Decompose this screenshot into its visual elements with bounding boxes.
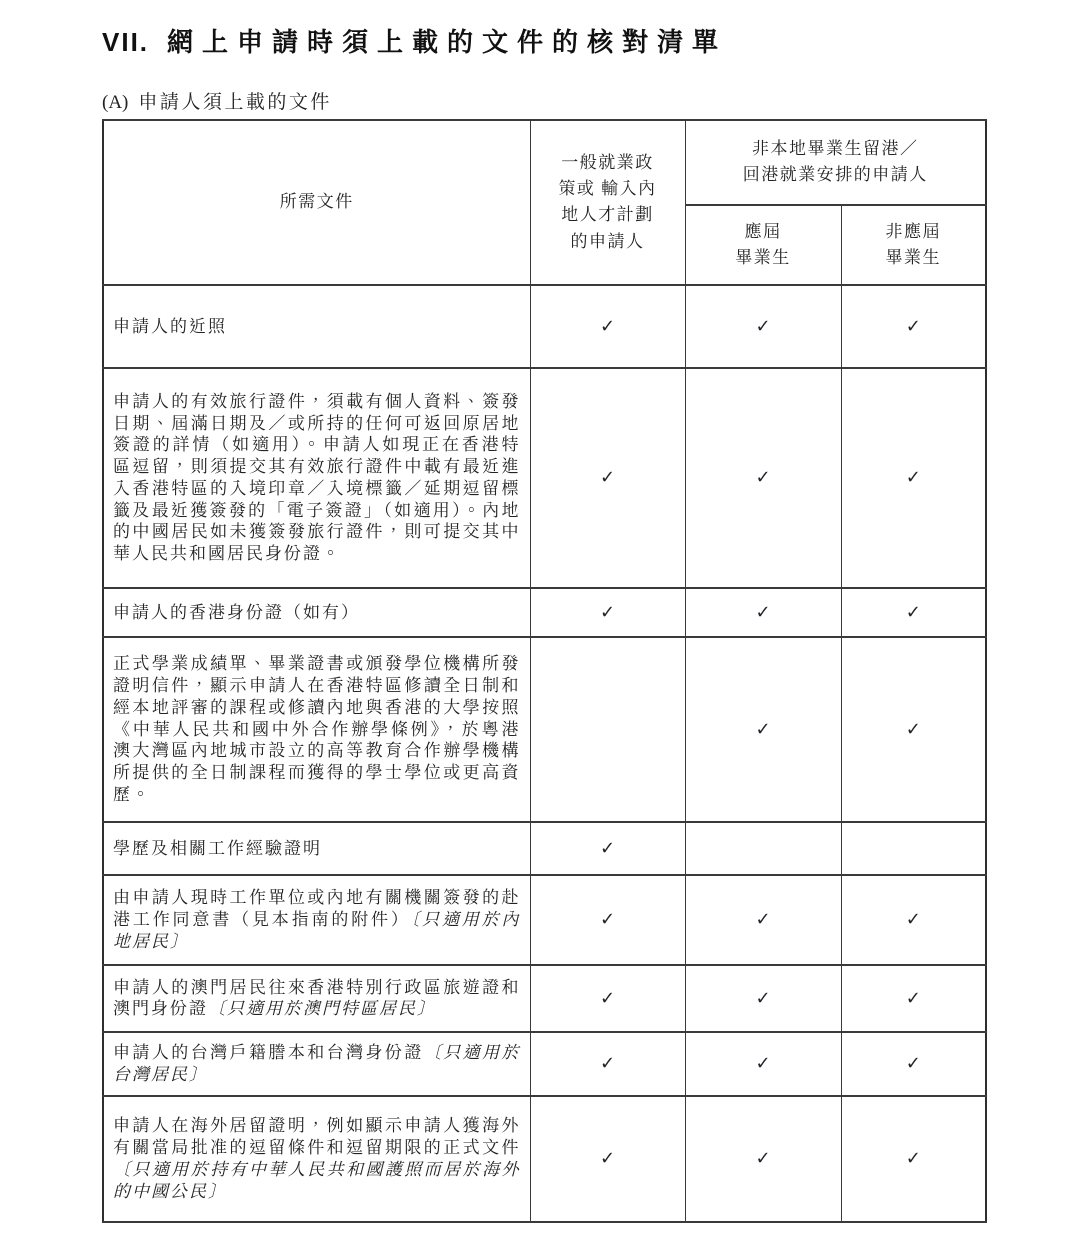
table-row: 由申請人現時工作單位或內地有關機關簽發的赴港工作同意書（見本指南的附件）〔只適用… [103,875,986,965]
table-row: 申請人的澳門居民往來香港特別行政區旅遊證和澳門身份證〔只適用於澳門特區居民〕✓✓… [103,965,986,1032]
checkmark-icon: ✓ [906,719,921,740]
check-cell: ✓ [841,285,986,368]
header-non-fresh-graduates: 非應屆 畢業生 [841,205,986,285]
checkmark-icon: ✓ [600,838,615,859]
check-cell: ✓ [530,1096,685,1222]
empty-cell [685,822,841,875]
checkmark-icon: ✓ [906,467,921,488]
table-row: 申請人的台灣戶籍謄本和台灣身份證〔只適用於台灣居民〕✓✓✓ [103,1032,986,1096]
check-cell: ✓ [841,1032,986,1096]
table-row: 申請人的香港身份證（如有）✓✓✓ [103,588,986,637]
checkmark-icon: ✓ [600,909,615,930]
table-row: 申請人的近照✓✓✓ [103,285,986,368]
checkmark-icon: ✓ [755,988,770,1009]
document-text: 正式學業成績單、畢業證書或頒發學位機構所發證明信件，顯示申請人在香港特區修讀全日… [113,654,521,804]
document-cell: 申請人的台灣戶籍謄本和台灣身份證〔只適用於台灣居民〕 [103,1032,530,1096]
check-cell: ✓ [530,1032,685,1096]
checkmark-icon: ✓ [906,909,921,930]
section-title-text: 申請人須上載的文件 [138,92,332,113]
check-cell: ✓ [841,588,986,637]
checkmark-icon: ✓ [755,1148,770,1169]
check-cell: ✓ [841,368,986,588]
check-cell: ✓ [685,1032,841,1096]
checkmark-icon: ✓ [906,988,921,1009]
check-cell: ✓ [530,285,685,368]
checkmark-icon: ✓ [755,719,770,740]
checklist-table: 所需文件 一般就業政 策或 輸入內 地人才計劃 的申請人 非本地畢業生留港／ 回… [102,119,987,1223]
document-cell: 申請人在海外居留證明，例如顯示申請人獲海外有關當局批准的逗留條件和逗留期限的正式… [103,1096,530,1222]
check-cell: ✓ [530,822,685,875]
check-cell: ✓ [530,588,685,637]
page-title: VII.網上申請時須上載的文件的核對清單 [102,27,1080,58]
table-row: 學歷及相關工作經驗證明✓ [103,822,986,875]
check-cell: ✓ [841,875,986,965]
check-cell: ✓ [685,588,841,637]
table-row: 申請人的有效旅行證件，須載有個人資料、簽發日期、屆滿日期及／或所持的任何可返回原… [103,368,986,588]
check-cell: ✓ [685,637,841,822]
page-title-number: VII. [102,27,149,57]
empty-cell [841,822,986,875]
header-general-policy: 一般就業政 策或 輸入內 地人才計劃 的申請人 [530,120,685,285]
document-cell: 申請人的有效旅行證件，須載有個人資料、簽發日期、屆滿日期及／或所持的任何可返回原… [103,368,530,588]
table-row: 申請人在海外居留證明，例如顯示申請人獲海外有關當局批准的逗留條件和逗留期限的正式… [103,1096,986,1222]
checkmark-icon: ✓ [600,1148,615,1169]
document-text: 申請人的香港身份證（如有） [113,603,360,622]
checkmark-icon: ✓ [755,467,770,488]
check-cell: ✓ [530,965,685,1032]
check-cell: ✓ [530,875,685,965]
check-cell: ✓ [685,965,841,1032]
header-fresh-graduates: 應屆 畢業生 [685,205,841,285]
checkmark-icon: ✓ [906,602,921,623]
checkmark-icon: ✓ [755,1053,770,1074]
check-cell: ✓ [841,637,986,822]
checkmark-icon: ✓ [755,602,770,623]
checkmark-icon: ✓ [600,988,615,1009]
checkmark-icon: ✓ [755,909,770,930]
check-cell: ✓ [841,965,986,1032]
header-row-top: 所需文件 一般就業政 策或 輸入內 地人才計劃 的申請人 非本地畢業生留港／ 回… [103,120,986,205]
header-documents: 所需文件 [103,120,530,285]
page-title-text: 網上申請時須上載的文件的核對清單 [167,27,727,57]
table-body: 申請人的近照✓✓✓申請人的有效旅行證件，須載有個人資料、簽發日期、屆滿日期及／或… [103,285,986,1222]
document-note-italic: 〔只適用於持有中華人民共和國護照而居於海外的中國公民〕 [113,1160,521,1201]
checkmark-icon: ✓ [906,1148,921,1169]
document-cell: 由申請人現時工作單位或內地有關機關簽發的赴港工作同意書（見本指南的附件）〔只適用… [103,875,530,965]
document-note-italic: 〔只適用於澳門特區居民〕 [208,999,436,1018]
check-cell: ✓ [530,368,685,588]
checkmark-icon: ✓ [906,1053,921,1074]
check-cell: ✓ [685,285,841,368]
check-cell: ✓ [685,1096,841,1222]
check-cell: ✓ [841,1096,986,1222]
checkmark-icon: ✓ [600,467,615,488]
checkmark-icon: ✓ [600,602,615,623]
checkmark-icon: ✓ [600,1053,615,1074]
check-cell: ✓ [685,368,841,588]
empty-cell [530,637,685,822]
document-cell: 正式學業成績單、畢業證書或頒發學位機構所發證明信件，顯示申請人在香港特區修讀全日… [103,637,530,822]
document-text: 申請人在海外居留證明，例如顯示申請人獲海外有關當局批准的逗留條件和逗留期限的正式… [113,1116,521,1157]
document-cell: 申請人的澳門居民往來香港特別行政區旅遊證和澳門身份證〔只適用於澳門特區居民〕 [103,965,530,1032]
checkmark-icon: ✓ [600,316,615,337]
section-heading: (A)申請人須上載的文件 [102,92,1080,115]
document-text: 申請人的有效旅行證件，須載有個人資料、簽發日期、屆滿日期及／或所持的任何可返回原… [113,392,521,563]
document-cell: 申請人的香港身份證（如有） [103,588,530,637]
document-text: 申請人的近照 [113,317,227,336]
document-cell: 學歷及相關工作經驗證明 [103,822,530,875]
header-nonlocal-group: 非本地畢業生留港／ 回港就業安排的申請人 [685,120,986,205]
section-label: (A) [102,92,128,113]
document-cell: 申請人的近照 [103,285,530,368]
document-text: 申請人的台灣戶籍謄本和台灣身份證 [113,1043,424,1062]
document-page: VII.網上申請時須上載的文件的核對清單 (A)申請人須上載的文件 所需文件 一… [0,0,1080,1249]
document-text: 學歷及相關工作經驗證明 [113,839,322,858]
table-row: 正式學業成績單、畢業證書或頒發學位機構所發證明信件，顯示申請人在香港特區修讀全日… [103,637,986,822]
checkmark-icon: ✓ [906,316,921,337]
table-header: 所需文件 一般就業政 策或 輸入內 地人才計劃 的申請人 非本地畢業生留港／ 回… [103,120,986,285]
checkmark-icon: ✓ [755,316,770,337]
check-cell: ✓ [685,875,841,965]
